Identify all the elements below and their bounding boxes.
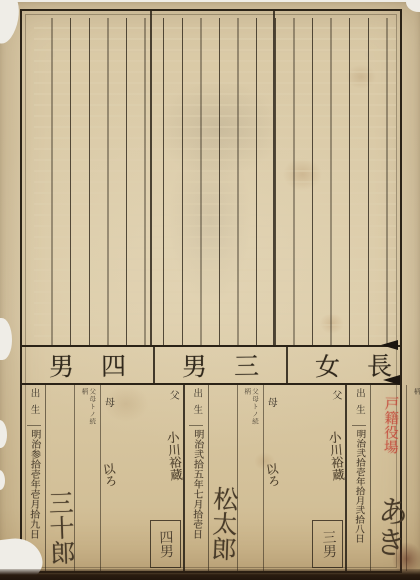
parents-column: 母 父 以ろ 小川裕蔵 四男 (101, 385, 183, 571)
birth-header: 出生 (189, 388, 203, 426)
birth-date-text: 明治参拾壱年壱月拾九日 (28, 429, 40, 539)
father-label: 父 (170, 387, 180, 402)
birth-header: 出生 (352, 388, 366, 426)
name-column: 三十郎 (46, 385, 75, 571)
mother-label: 母 (268, 394, 278, 409)
relation-text: 三男 (320, 530, 336, 558)
ink-wedge-mark (381, 340, 398, 350)
birth-date-text: 明治弐拾五年七月拾壱日 (190, 429, 202, 539)
band-cell-third-son: 三男 (153, 347, 286, 383)
person-name-text: 三十郎 (45, 490, 76, 566)
empty-ruled-grid (22, 11, 400, 345)
mother-label: 母 (105, 394, 115, 409)
torn-edge (0, 420, 7, 448)
bottom-shadow (0, 569, 420, 580)
parent-names: 以ろ 小川裕蔵 (101, 405, 183, 487)
birth-column: 出生 明治弐拾五年七月拾壱日 (185, 385, 209, 571)
parent-headers: 母 父 (101, 385, 183, 405)
birth-header: 出生 (27, 388, 41, 426)
section-divider (150, 11, 152, 345)
band-cell-fourth-son: 四男 (22, 347, 153, 383)
torn-edge (0, 318, 12, 360)
band-label: 三男 (155, 346, 286, 383)
birth-date-text: 明治弐拾壱年拾月弐拾八日 (353, 429, 364, 543)
person-name-text: 松太郎 (207, 486, 238, 562)
photo-backdrop: 四男 三男 長女 出生 明治参拾壱年壱月拾九日 三十郎 (0, 0, 420, 580)
torn-edge (0, 0, 22, 46)
torn-edge (406, 0, 420, 12)
mother-name-text: 以ろ (264, 462, 280, 488)
relation-caption-text: 父母トノ続柄 (80, 388, 96, 432)
parent-names: 以ろ 小川裕蔵 (264, 405, 346, 487)
relation-caption-column: 父母トノ続柄 (75, 385, 101, 571)
father-label: 父 (332, 387, 342, 402)
parent-headers: 母 父 (264, 385, 346, 405)
section-divider (273, 11, 275, 345)
band-label: 四男 (22, 346, 153, 383)
father-name-text: 小川裕蔵 (328, 431, 346, 488)
ink-wedge-mark (383, 375, 400, 385)
register-form: 四男 三男 長女 出生 明治参拾壱年壱月拾九日 三十郎 (20, 9, 402, 573)
relation-box: 四男 (150, 520, 181, 568)
record-block-fourth-son: 出生 明治参拾壱年壱月拾九日 三十郎 父母トノ続柄 母 父 (22, 385, 183, 571)
paper-sheet: 四男 三男 長女 出生 明治参拾壱年壱月拾九日 三十郎 (0, 2, 420, 576)
name-column: 松太郎 (209, 385, 238, 571)
record-blocks: 出生 明治参拾壱年壱月拾九日 三十郎 父母トノ続柄 母 父 (22, 385, 400, 571)
relation-band: 四男 三男 長女 (22, 345, 400, 385)
relation-caption-column: 父母トノ続柄 (238, 385, 264, 571)
father-name-text: 小川裕蔵 (165, 431, 183, 488)
torn-edge (0, 470, 5, 490)
parents-column: 母 父 以ろ 小川裕蔵 三男 (264, 385, 346, 571)
birth-column: 出生 明治弐拾壱年拾月弐拾八日 (347, 385, 371, 571)
record-block-third-son: 出生 明治弐拾五年七月拾壱日 松太郎 父母トノ続柄 母 父 (183, 385, 346, 571)
relation-caption-text: 父母トノ続柄 (412, 388, 420, 432)
mother-name-text: 以ろ (101, 462, 117, 488)
relation-box: 三男 (312, 520, 343, 568)
relation-caption-text: 父母トノ続柄 (242, 388, 258, 432)
relation-text: 四男 (157, 530, 173, 558)
grid-lines (34, 18, 396, 345)
